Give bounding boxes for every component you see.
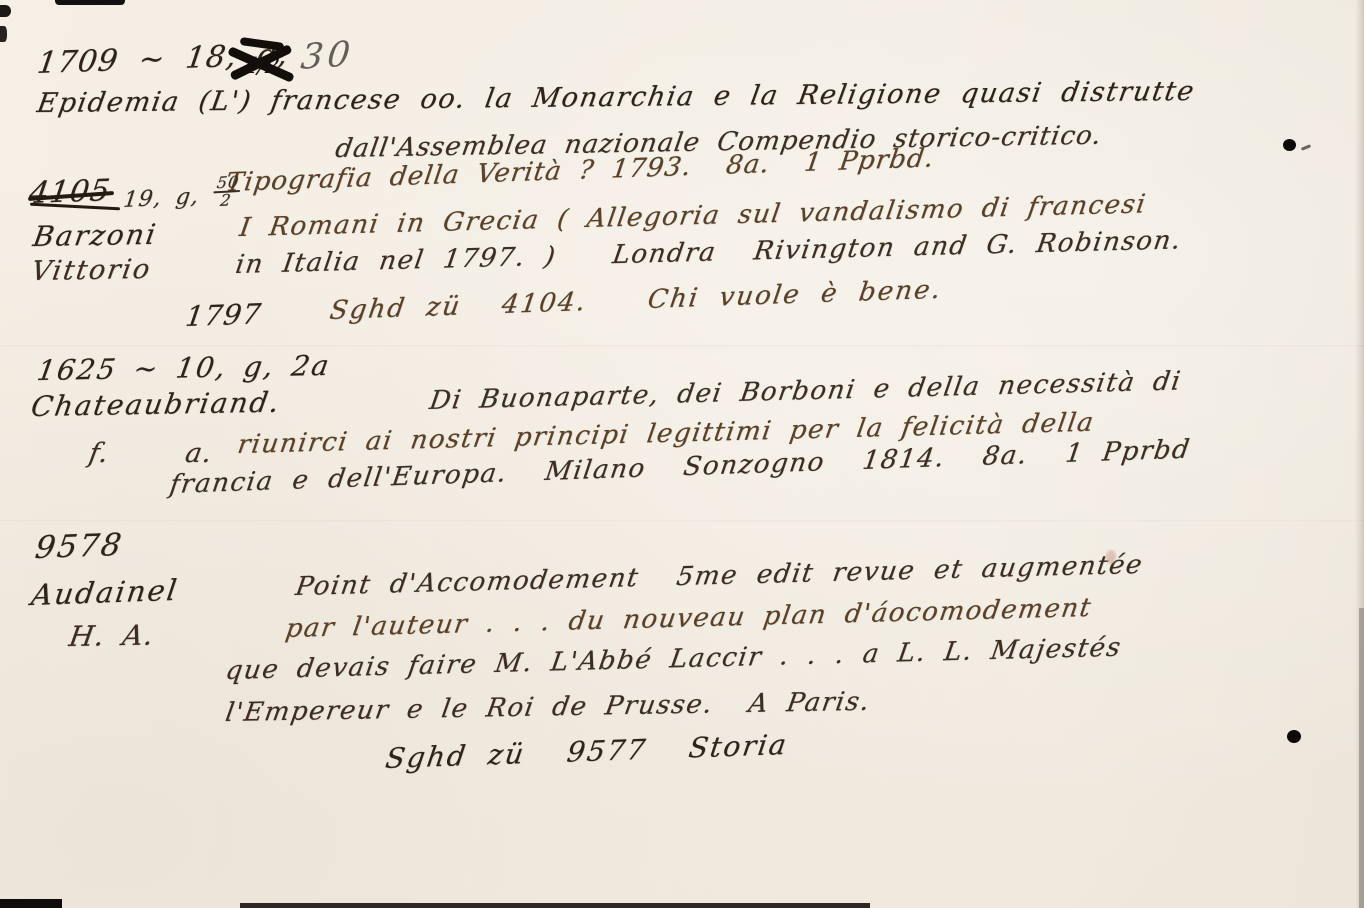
page-edge-shadow	[1359, 608, 1364, 908]
entry2-shelfmark-fraction: 502	[212, 174, 243, 209]
fraction-denominator: 2	[212, 192, 241, 209]
entry3-author-line1: Chateaubriand.	[29, 386, 283, 423]
entry3-author-line2: f. a.	[87, 438, 216, 469]
paper-fold-line	[0, 345, 1364, 348]
scan-edge-strip	[240, 903, 870, 908]
scan-edge-strip	[55, 0, 125, 5]
entry4-shelfmark: 9578	[33, 527, 125, 566]
entry1-title-line1: Epidemia (L') francese oo. la Monarchia …	[35, 76, 1198, 119]
edge-ink-smudge	[0, 5, 11, 17]
punch-hole-dot	[1287, 730, 1301, 743]
entry4-author-line2: H. A.	[67, 619, 157, 653]
entry2-cross-reference: Sghd zü 4104. Chi vuole è bene.	[328, 275, 944, 326]
entry4-author-line1: Audainel	[29, 573, 180, 612]
entry1-pencil-number: 30	[299, 34, 356, 78]
scan-edge-strip	[0, 899, 62, 908]
entry4-title-line4: l'Empereur e le Roi de Prusse. A Paris.	[223, 687, 873, 728]
punch-hole-dot	[1283, 139, 1296, 151]
edge-ink-smudge	[0, 26, 7, 42]
scribble-cross-stroke	[240, 37, 285, 51]
pen-dash-mark	[1301, 144, 1311, 151]
entry3-shelfmark: 1625 ~ 10, g, 2a	[35, 349, 333, 387]
entry2-shelfmark-prefix: 19, g,	[122, 184, 201, 213]
paper-stain-speck	[1106, 550, 1116, 564]
entry4-cross-reference: Sghd zü 9577 Storia	[383, 728, 790, 775]
entry2-author-line2: Vittorio	[29, 254, 154, 287]
paper-fold-line	[0, 520, 1364, 523]
manuscript-page: 1709 ~ 18, d, 4/2 30 Epidemia (L') franc…	[0, 0, 1364, 908]
entry2-shelfmark: 19, g, 502	[122, 174, 243, 214]
entry2-author-line1: Barzoni	[31, 218, 160, 253]
entry2-year: 1797	[183, 297, 263, 333]
